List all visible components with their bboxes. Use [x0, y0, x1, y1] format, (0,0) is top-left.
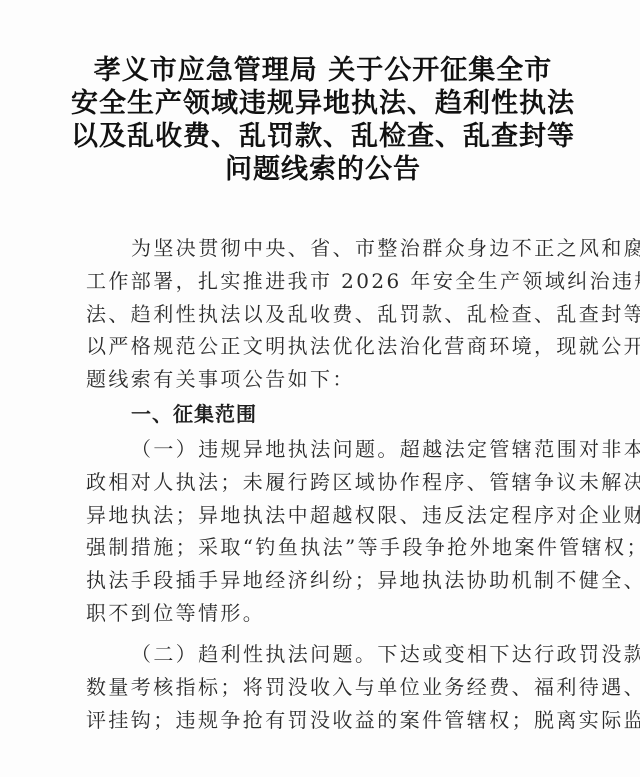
item2-line-3: 评挂钩；违规争抢有罚没收益的案件管辖权；脱离实际监管需要: [86, 704, 566, 737]
item1-line-2: 政相对人执法；未履行跨区域协作程序、管辖争议未解决前擅自: [86, 466, 566, 499]
intro-line-2: 工作部署，扎实推进我市 2026 年安全生产领域纠治违规异地执: [86, 265, 566, 298]
item1-line-4: 强制措施；采取“钓鱼执法”等手段争抢外地案件管辖权；利用: [86, 531, 566, 564]
item2-line-1: （二）趋利性执法问题。下达或变相下达行政罚没款、执法: [86, 638, 566, 671]
title-line-3: 以及乱收费、乱罚款、乱检查、乱查封等: [0, 120, 640, 153]
item2-line-2: 数量考核指标；将罚没收入与单位业务经费、福利待遇、考核考: [86, 671, 566, 704]
section-1-heading: 一、征集范围: [86, 398, 566, 431]
title-line-1: 孝义市应急管理局 关于公开征集全市: [0, 54, 640, 87]
intro-line-5: 题线索有关事项公告如下：: [86, 363, 566, 396]
intro-line-4: 以严格规范公正文明执法优化法治化营商环境，现就公开征集问: [86, 330, 566, 363]
section-heading: 一、征集范围: [86, 398, 566, 431]
item1-line-1: （一）违规异地执法问题。超越法定管辖范围对非本辖区行: [86, 433, 566, 466]
document-page: 孝义市应急管理局 关于公开征集全市 安全生产领域违规异地执法、趋利性执法 以及乱…: [0, 0, 640, 777]
title-line-4: 问题线索的公告: [0, 153, 640, 186]
intro-line-3: 法、趋利性执法以及乱收费、乱罚款、乱检查、乱查封等问题，: [86, 298, 566, 331]
item1-line-3: 异地执法；异地执法中超越权限、违反法定程序对企业财产采取: [86, 499, 566, 532]
intro-line-1: 为坚决贯彻中央、省、市整治群众身边不正之风和腐败问题: [86, 232, 566, 265]
title-line-2: 安全生产领域违规异地执法、趋利性执法: [0, 87, 640, 120]
intro-paragraph: 为坚决贯彻中央、省、市整治群众身边不正之风和腐败问题 工作部署，扎实推进我市 2…: [86, 232, 566, 396]
item1-line-5: 执法手段插手异地经济纠纷；异地执法协助机制不健全、协作履: [86, 564, 566, 597]
item1-line-6: 职不到位等情形。: [86, 597, 566, 630]
section-1-item-1: （一）违规异地执法问题。超越法定管辖范围对非本辖区行 政相对人执法；未履行跨区域…: [86, 433, 566, 630]
section-1-item-2: （二）趋利性执法问题。下达或变相下达行政罚没款、执法 数量考核指标；将罚没收入与…: [86, 638, 566, 736]
document-title: 孝义市应急管理局 关于公开征集全市 安全生产领域违规异地执法、趋利性执法 以及乱…: [0, 54, 640, 186]
